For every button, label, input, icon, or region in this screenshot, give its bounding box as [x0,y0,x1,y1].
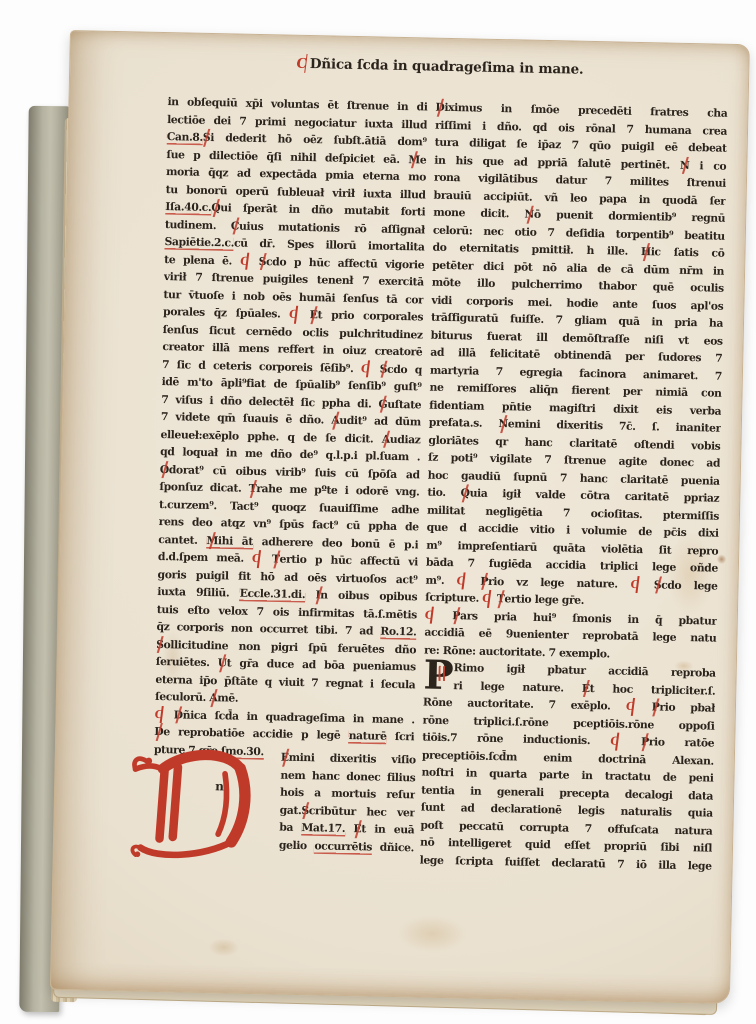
rubricated-capital: E [309,306,317,324]
running-head-text: Dñica ſcda in quadrageſima in mane. [310,56,584,78]
rubric-underline: Sapiētie.2.c. [164,235,234,249]
initial-paragraph-lines: Emini dixeritis viſionem hanc donec fili… [279,749,416,857]
rubricated-capital: E [582,679,590,697]
rubric-pilcrow-icon: C [624,698,634,716]
rubricated-capital: P [480,572,488,590]
left-column: in obſequiū xp̄i voluntas ēt ſtrenue in … [152,93,428,871]
stain [202,934,247,961]
rubricated-capital: T [272,550,280,568]
rubricated-capital: D [435,99,444,117]
rubricated-capital: N [524,206,534,224]
rubricated-capital: D [154,723,163,741]
rubric-underline: naturē [349,729,387,743]
rubricated-capital: M [206,531,218,549]
right-column-lines-bottom: Rōne auctoritate. 7 exēplo. C Prio pbałr… [420,694,716,875]
rubricated-capital: N [498,415,508,433]
rubric-underline: occurrētis [314,839,372,853]
rubric-pilcrow-icon: C [456,572,466,590]
right-column: Diximus in ſmōe precedēti fratres chariſ… [420,99,728,875]
rubricated-capital: T [249,480,257,498]
rubric-underline: Can.8. [167,130,203,144]
rubric-pilcrow-icon: C [609,732,619,750]
running-head: CDñica ſcda in quadrageſima in mane. [296,56,606,78]
rubric-pilcrow-icon: C [295,56,308,72]
text-line: gelio occurrētis dñice. [279,836,414,856]
illuminated-initial-n-icon [124,745,278,866]
rubricated-capital: E [353,820,361,838]
rubricated-capital: D [174,706,183,724]
rubric-pilcrow-icon: C [481,590,491,608]
rubricated-capital: P [652,698,660,716]
rubricated-capital: C [231,217,240,235]
rubric-underline: Mihi āt [206,533,253,547]
text-line: ba Mat.17. Et in euā [279,819,414,839]
guide-letter: n [215,779,224,793]
book-page: CDñica ſcda in quadrageſima in mane. in … [50,30,750,1004]
rubricated-capital: U [217,654,226,672]
rubric-underline: Mat.17. [301,821,345,835]
rubricated-capital: S [156,635,164,653]
initial-paragraph: n Emini dixeritis viſionem hanc donec fi… [152,746,414,871]
rubric-underline: Eccle.31.di. [240,587,306,601]
rubricated-capital: S [380,360,388,378]
left-column-lines: in obſequiū xp̄i voluntas ēt ſtrenue in … [154,93,428,763]
rubricated-capital: T [497,590,505,608]
rubric-pilcrow-icon: C [155,705,164,723]
rubricated-capital: P [641,733,649,751]
text-line: hois a mortuis reſur [280,784,415,804]
rubricated-capital: H [641,243,651,261]
rubric-pilcrow-icon: C [251,550,261,568]
rubric-pilcrow-icon: C [425,606,434,624]
rubricated-capital: S [203,129,211,147]
rubricated-capital: E [281,749,289,767]
rubricated-capital: A [209,689,217,707]
right-column-lines-top: Diximus in ſmōe precedēti fratres chariſ… [424,99,728,665]
rubricated-capital: S [301,802,309,820]
rubricated-capital: P [452,607,460,625]
rubricated-capital: I [315,586,320,604]
text-line: Emini dixeritis viſio [281,749,416,769]
rubric-underline: Ro.12. [380,625,416,639]
initial-p: P [423,659,454,694]
rubricated-capital: O [160,460,169,478]
rubricated-capital: A [382,430,390,448]
stain [382,906,483,962]
rubricated-capital: S [654,576,662,594]
rubric-pilcrow-icon: C [239,252,249,270]
rubricated-capital: Q [211,199,220,217]
rubricated-capital: A [331,412,339,430]
rubricated-capital: Q [460,484,469,502]
rubric-pilcrow-icon: C [288,306,298,324]
rubricated-capital: N [680,156,690,174]
rubricated-capital: G [378,395,387,413]
book-photo: CDñica ſcda in quadrageſima in mane. in … [0,0,756,1024]
rubric-pilcrow-icon: C [360,360,370,378]
rubric-pilcrow-icon: C [629,575,639,593]
rubricated-capital: S [258,253,266,271]
rubric-underline: Iſa.40.c. [165,200,211,214]
rubricated-capital: M [408,151,420,169]
